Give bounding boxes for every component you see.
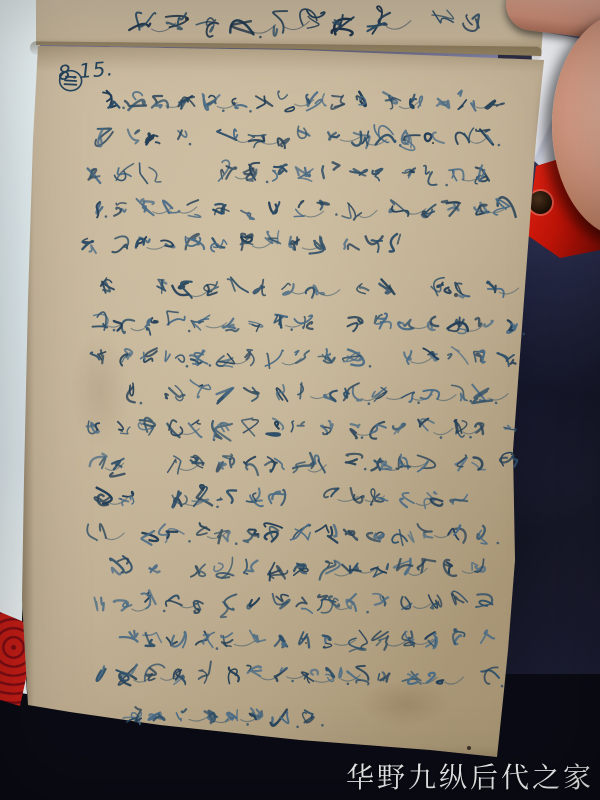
watermark-text: 华野九纵后代之家 [346,756,594,796]
handwriting-layer [0,0,600,800]
photo-of-notebook: 8.15. 华野九纵后代之家 [0,0,600,800]
